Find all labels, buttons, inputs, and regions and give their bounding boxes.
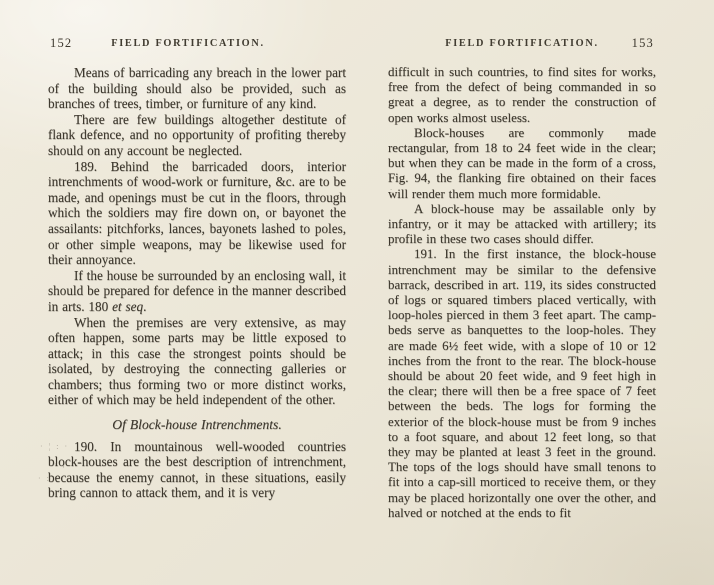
text-run: . [143, 299, 146, 314]
paragraph-189-barricaded-doors: 189. Behind the barricaded doors, interi… [48, 159, 346, 268]
scan-artifact: · [655, 340, 660, 349]
left-page-header: 152 FIELD FORTIFICATION. [48, 36, 346, 52]
paragraph-assailable-infantry: A block-house may be assailable only by … [388, 202, 656, 248]
scan-artifact: : · [390, 186, 403, 195]
right-page-text: difficult in such countries, to find sit… [388, 65, 656, 521]
paragraph-barricading-breach: Means of barricading any breach in the l… [48, 65, 346, 112]
paragraph-premises-extensive: When the premises are very extensive, as… [48, 315, 346, 409]
paragraph-difficult-countries: difficult in such countries, to find sit… [388, 65, 656, 126]
scan-artifact: · ¦ : · [40, 442, 69, 451]
right-page-number: 153 [632, 36, 654, 51]
section-heading-blockhouse-intrenchments: Of Block-house Intrenchments. [48, 417, 346, 433]
paragraph-190-mountainous-countries: 190. In mountainous well-wooded countrie… [48, 439, 346, 501]
left-page-text: Means of barricading any breach in the l… [48, 65, 346, 501]
paragraph-flank-defence: There are few buildings altogether desti… [48, 112, 346, 159]
scan-artifact: · : [38, 474, 51, 483]
scan-artifact: · · · [634, 146, 656, 155]
left-page: 152 FIELD FORTIFICATION. Means of barric… [48, 36, 346, 501]
paragraph-enclosing-wall: If the house be surrounded by an enclosi… [48, 268, 346, 315]
scan-artifact: · , [54, 460, 67, 469]
paragraph-191-first-instance: 191. In the first instance, the block-ho… [388, 247, 656, 521]
right-page: FIELD FORTIFICATION. 153 difficult in su… [388, 36, 656, 521]
paragraph-blockhouses-rectangular: Block-houses are commonly made rectangul… [388, 126, 656, 202]
right-page-header: FIELD FORTIFICATION. 153 [388, 36, 656, 52]
left-running-title: FIELD FORTIFICATION. [39, 38, 337, 49]
text-run: If the house be surrounded by an enclosi… [48, 268, 346, 314]
right-running-title: FIELD FORTIFICATION. [388, 38, 656, 49]
latin-phrase-et-seq: et seq [112, 299, 143, 314]
